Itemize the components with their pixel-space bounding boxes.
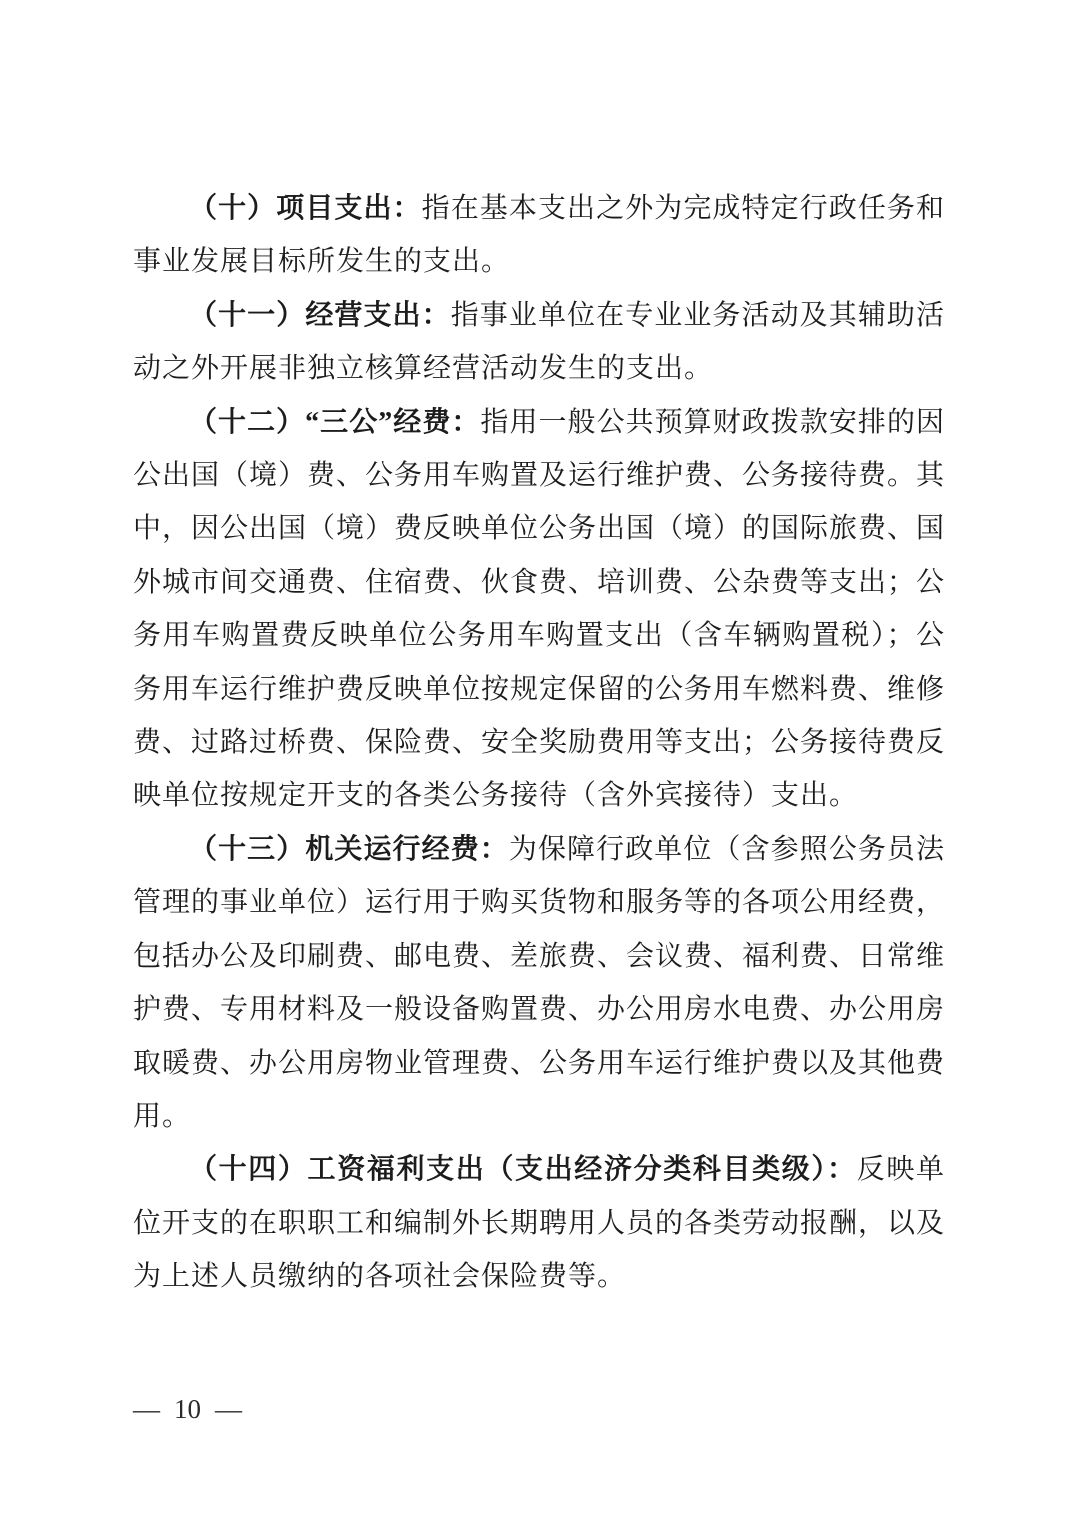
paragraph-item-10: （十）项目支出：指在基本支出之外为完成特定行政任务和事业发展目标所发生的支出。 — [133, 182, 945, 289]
page-number-value: 10 — [174, 1394, 201, 1425]
page-number-dash-right: — — [215, 1394, 242, 1425]
document-body: （十）项目支出：指在基本支出之外为完成特定行政任务和事业发展目标所发生的支出。 … — [133, 182, 945, 1304]
paragraph-item-12: （十二）“三公”经费：指用一般公共预算财政拨款安排的因公出国（境）费、公务用车购… — [133, 396, 945, 823]
term-label: （十四）工资福利支出（支出经济分类科目类级）： — [189, 1154, 857, 1185]
term-label: （十）项目支出： — [189, 193, 422, 224]
term-definition: 指用一般公共预算财政拨款安排的因公出国（境）费、公务用车购置及运行维护费、公务接… — [133, 407, 945, 812]
term-label: （十二）“三公”经费： — [189, 407, 480, 438]
term-definition: 为保障行政单位（含参照公务员法管理的事业单位）运行用于购买货物和服务等的各项公用… — [133, 834, 945, 1132]
page-number-dash-left: — — [133, 1394, 160, 1425]
paragraph-item-14: （十四）工资福利支出（支出经济分类科目类级）：反映单位开支的在职职工和编制外长期… — [133, 1143, 945, 1303]
paragraph-item-13: （十三）机关运行经费：为保障行政单位（含参照公务员法管理的事业单位）运行用于购买… — [133, 823, 945, 1143]
page-number: — 10 — — [133, 1394, 242, 1425]
paragraph-item-11: （十一）经营支出：指事业单位在专业业务活动及其辅助活动之外开展非独立核算经营活动… — [133, 289, 945, 396]
document-page: （十）项目支出：指在基本支出之外为完成特定行政任务和事业发展目标所发生的支出。 … — [0, 0, 1075, 1520]
term-label: （十三）机关运行经费： — [189, 834, 509, 865]
term-label: （十一）经营支出： — [189, 300, 451, 331]
